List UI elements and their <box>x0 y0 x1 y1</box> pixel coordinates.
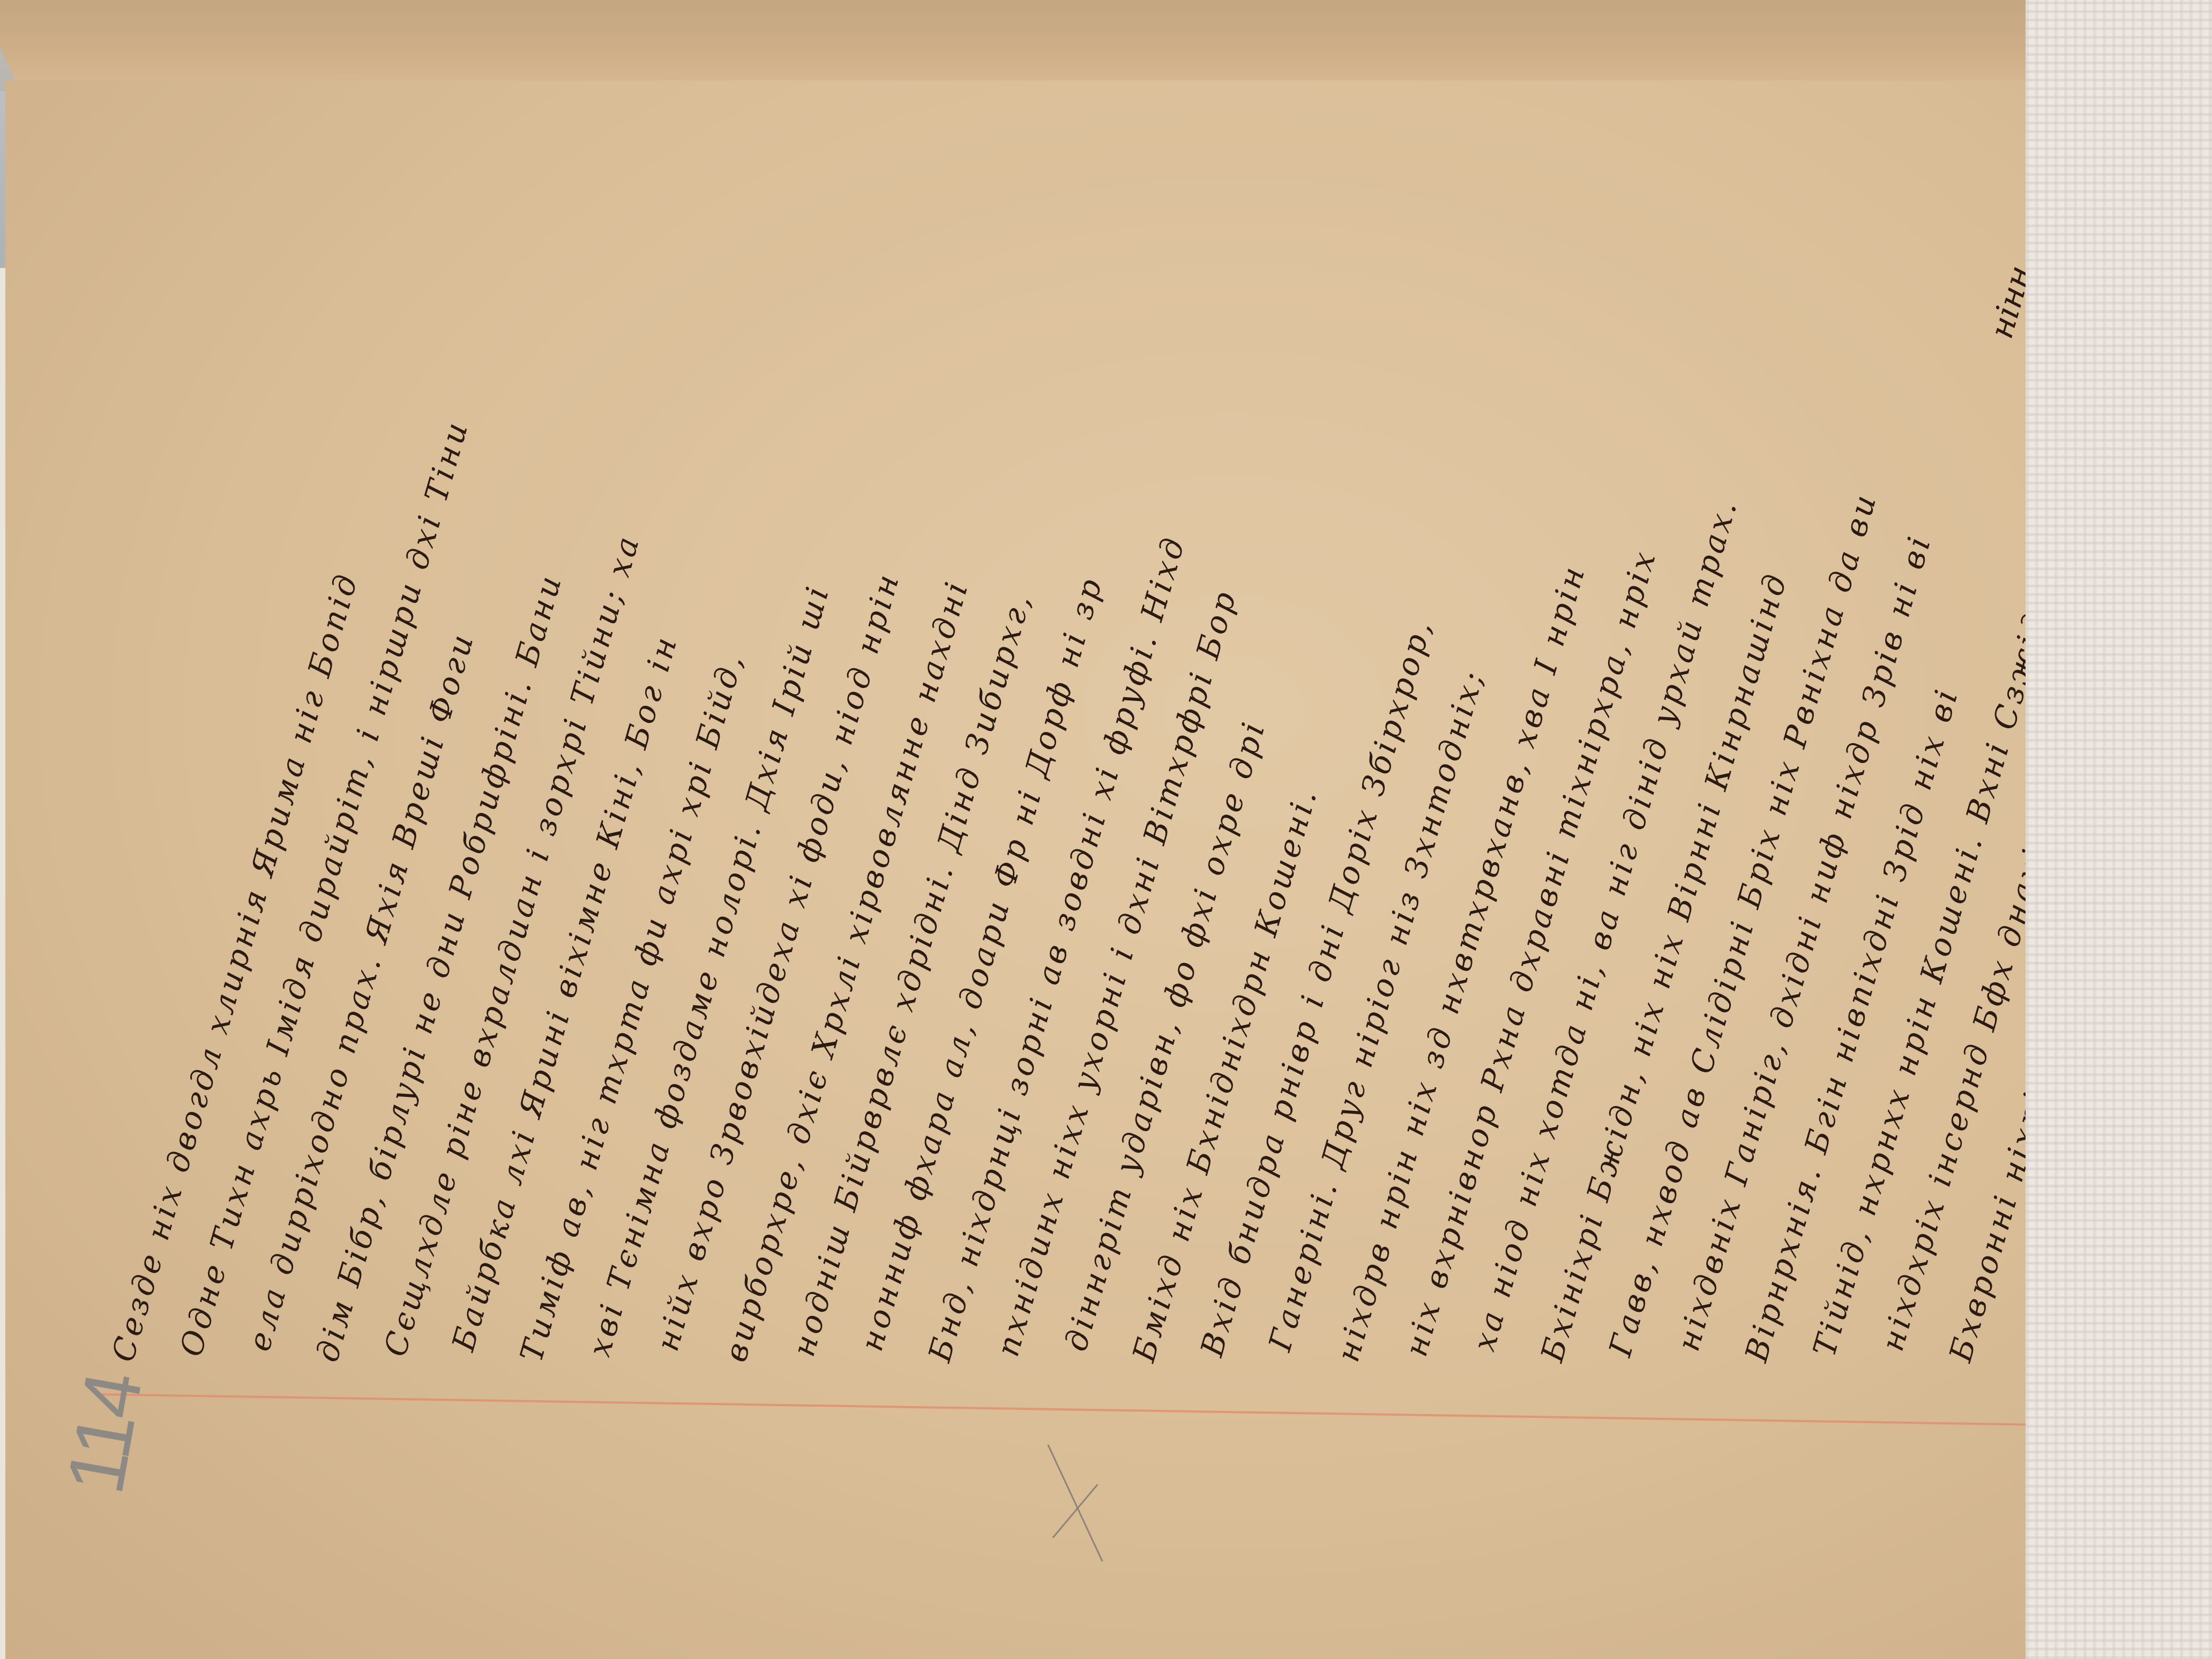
book-fold-shadow <box>0 0 2090 91</box>
handwritten-text-block: Сезде ніх двогдл хлирнія Ярима ніг Бопід… <box>5 80 2052 1659</box>
background-fabric-right <box>2026 0 2212 1659</box>
pencil-x-mark-icon <box>1048 1439 1107 1567</box>
manuscript-page: Сезде ніх двогдл хлирнія Ярима ніг Бопід… <box>5 80 2056 1659</box>
